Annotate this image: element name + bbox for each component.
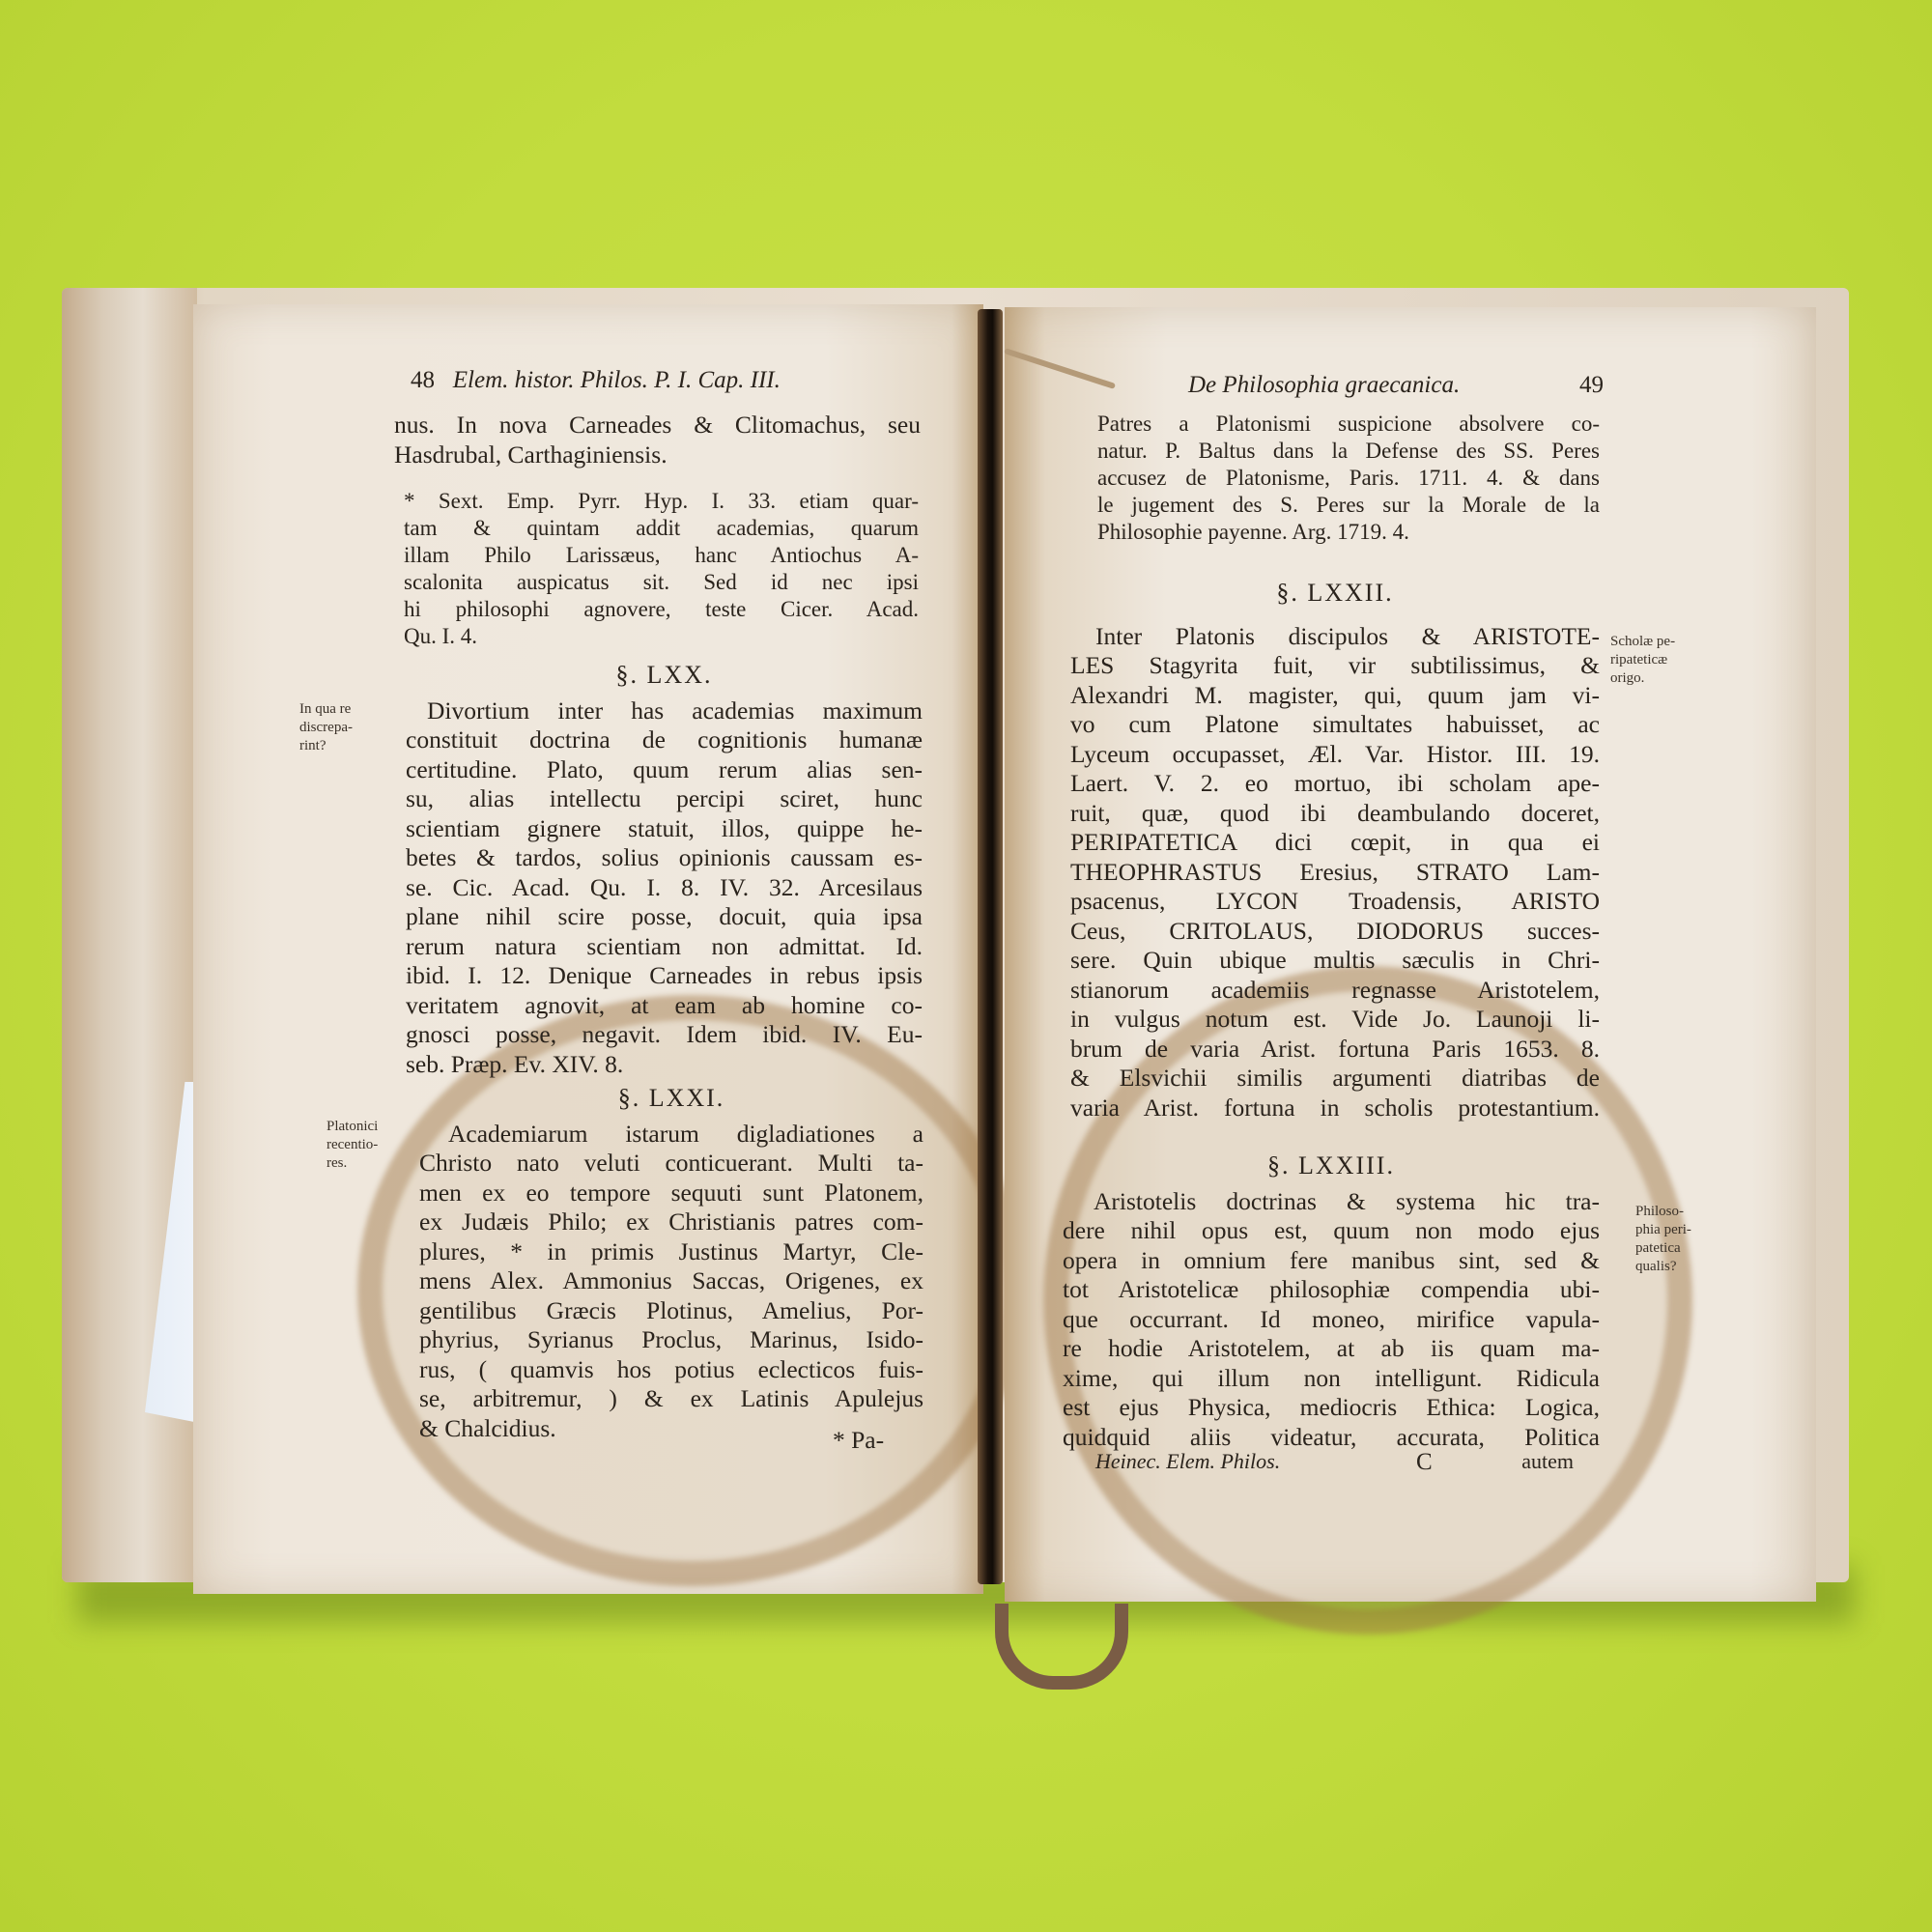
text-line: sere. Quin ubique multis sæculis in Chri…: [1070, 946, 1600, 976]
footnote-line: tam & quintam addit academias, quarum: [404, 515, 919, 542]
text-line: est ejus Physica, mediocris Ethica: Logi…: [1063, 1393, 1600, 1423]
text-line: Hasdrubal, Carthaginiensis.: [394, 440, 921, 470]
section-lxxi: §. LXXI. Academiarum istarum digladiatio…: [419, 1070, 923, 1443]
text-line: se. Cic. Acad. Qu. I. 8. IV. 32. Arcesil…: [406, 873, 923, 903]
text-line: se, arbitremur, ) & ex Latinis Apulejus: [419, 1384, 923, 1414]
section-heading: §. LXXIII.: [1063, 1151, 1600, 1181]
sidenote-lxxii: Scholæ pe- ripateticæ origo.: [1610, 633, 1675, 688]
page-number-48: 48: [411, 367, 435, 393]
text-line: ibid. I. 12. Denique Carneades in rebus …: [406, 961, 923, 991]
text-line: opera in omnium fere manibus sint, sed &: [1063, 1246, 1600, 1276]
text-line: mens Alex. Ammonius Saccas, Origenes, ex: [419, 1266, 923, 1296]
sidenote-lxx: In qua re discrepa- rint?: [299, 700, 353, 755]
text-line: scientiam gignere statuit, illos, quippe…: [406, 814, 923, 844]
footnote-line: scalonita auspicatus sit. Sed id nec ips…: [404, 569, 919, 596]
footnote-line: natur. P. Baltus dans la Defense des SS.…: [1097, 438, 1600, 465]
sidenote-line: phia peri-: [1635, 1222, 1691, 1237]
sidenote-line: rint?: [299, 738, 327, 753]
text-line: quidquid aliis videatur, accurata, Polit…: [1063, 1423, 1600, 1453]
text-line: Christo nato veluti conticuerant. Multi …: [419, 1149, 923, 1179]
section-lxxii: §. LXXII. Inter Platonis discipulos & AR…: [1070, 565, 1600, 1122]
ribbon-marker[interactable]: [995, 1604, 1128, 1690]
short-title: Heinec. Elem. Philos.: [1095, 1449, 1280, 1473]
running-title-right: De Philosophia graecanica.: [1188, 372, 1460, 398]
text-line: Inter Platonis discipulos & ARISTOTE-: [1070, 622, 1600, 652]
text-line: rerum natura scientiam non admittat. Id.: [406, 932, 923, 962]
footnote-line: Philosophie payenne. Arg. 1719. 4.: [1097, 519, 1600, 546]
footnote-line: Patres a Platonismi suspicione absolvere…: [1097, 411, 1600, 438]
section-heading: §. LXXII.: [1070, 579, 1600, 609]
text-line: rus, ( quamvis hos potius eclecticos fui…: [419, 1355, 923, 1385]
sidenote-line: recentio-: [327, 1137, 378, 1152]
footnote-line: le jugement des S. Peres sur la Morale d…: [1097, 492, 1600, 519]
text-line: Academiarum istarum digladiationes a: [419, 1120, 923, 1150]
text-line: PERIPATETICA dici cœpit, in qua ei: [1070, 828, 1600, 858]
text-line: veritatem agnovit, at eam ab homine co-: [406, 991, 923, 1021]
footnote-line: * Sext. Emp. Pyrr. Hyp. I. 33. etiam qua…: [404, 488, 919, 515]
signature-mark: C: [1416, 1449, 1433, 1476]
text-line: & Elsvichii similis argumenti diatribas …: [1070, 1064, 1600, 1094]
left-footnote: * Sext. Emp. Pyrr. Hyp. I. 33. etiam qua…: [404, 488, 919, 650]
footnote-line: illam Philo Larissæus, hanc Antiochus A-: [404, 542, 919, 569]
text-line: dere nihil opus est, quum non modo ejus: [1063, 1216, 1600, 1246]
text-line: su, alias intellectu percipi sciret, hun…: [406, 784, 923, 814]
left-continuation: nus. In nova Carneades & Clitomachus, se…: [394, 411, 921, 469]
sidenote-line: Platonici: [327, 1119, 378, 1134]
sidenote-line: Scholæ pe-: [1610, 634, 1675, 649]
text-line: xime, qui illum non intelligunt. Ridicul…: [1063, 1364, 1600, 1394]
text-line: phyrius, Syrianus Proclus, Marinus, Isid…: [419, 1325, 923, 1355]
text-line: varia Arist. fortuna in scholis protesta…: [1070, 1094, 1600, 1123]
text-line: Aristotelis doctrinas & systema hic tra-: [1063, 1187, 1600, 1217]
text-line: men ex eo tempore sequuti sunt Platonem,: [419, 1179, 923, 1208]
text-line: tot Aristotelicæ philosophiæ compendia u…: [1063, 1275, 1600, 1305]
text-line: Ceus, CRITOLAUS, DIODORUS succes-: [1070, 917, 1600, 947]
sidenote-line: patetica: [1635, 1240, 1681, 1256]
footnote-line: accusez de Platonisme, Paris. 1711. 4. &…: [1097, 465, 1600, 492]
section-lxxiii: §. LXXIII. Aristotelis doctrinas & syste…: [1063, 1138, 1600, 1452]
sidenote-line: origo.: [1610, 670, 1644, 686]
text-line: brum de varia Arist. fortuna Paris 1653.…: [1070, 1035, 1600, 1065]
sidenote-line: Philoso-: [1635, 1204, 1684, 1219]
text-line: gentilibus Græcis Plotinus, Amelius, Por…: [419, 1296, 923, 1326]
catchword: autem: [1521, 1449, 1574, 1474]
section-lxx: §. LXX. Divortium inter has academias ma…: [406, 647, 923, 1079]
section-heading: §. LXX.: [406, 661, 923, 691]
text-line: Laert. V. 2. eo mortuo, ibi scholam ape-: [1070, 769, 1600, 799]
text-line: certitudine. Plato, quum rerum alias sen…: [406, 755, 923, 785]
text-line: re hodie Aristotelem, at ab iis quam ma-: [1063, 1334, 1600, 1364]
sidenote-line: qualis?: [1635, 1259, 1677, 1274]
text-line: plures, * in primis Justinus Martyr, Cle…: [419, 1237, 923, 1267]
sidenote-line: In qua re: [299, 701, 351, 717]
text-line: constituit doctrina de cognitionis human…: [406, 725, 923, 755]
text-line: Lyceum occupasset, Æl. Var. Histor. III.…: [1070, 740, 1600, 770]
right-footnote-continuation: Patres a Platonismi suspicione absolvere…: [1097, 411, 1600, 546]
sidenote-line: discrepa-: [299, 720, 353, 735]
right-running-head: De Philosophia graecanica. 49: [1188, 372, 1604, 399]
text-line: psacenus, LYCON Troadensis, ARISTO: [1070, 887, 1600, 917]
sidenote-line: res.: [327, 1155, 347, 1171]
text-line: LES Stagyrita fuit, vir subtilissimus, &: [1070, 651, 1600, 681]
text-line: que occurrant. Id moneo, mirifice vapula…: [1063, 1305, 1600, 1335]
signature-line: Heinec. Elem. Philos. C autem: [1095, 1449, 1574, 1474]
text-line: nus. In nova Carneades & Clitomachus, se…: [394, 411, 921, 440]
text-line: gnosci posse, negavit. Idem ibid. IV. Eu…: [406, 1020, 923, 1050]
catchword: * Pa-: [833, 1426, 884, 1456]
book-gutter: [978, 309, 1003, 1584]
text-line: ex Judæis Philo; ex Christianis patres c…: [419, 1207, 923, 1237]
text-line: in vulgus notum est. Vide Jo. Launoji li…: [1070, 1005, 1600, 1035]
footnote-line: hi philosophi agnovere, teste Cicer. Aca…: [404, 596, 919, 623]
footnote-line: Qu. I. 4.: [404, 623, 919, 650]
left-catchword: * Pa-: [833, 1426, 884, 1456]
text-line: Divortium inter has academias maximum: [406, 696, 923, 726]
page-number-49: 49: [1579, 372, 1604, 399]
text-line: vo cum Platone simultates habuisset, ac: [1070, 710, 1600, 740]
running-title-left: Elem. histor. Philos. P. I. Cap. III.: [453, 367, 781, 393]
text-line: THEOPHRASTUS Eresius, STRATO Lam-: [1070, 858, 1600, 888]
sidenote-line: ripateticæ: [1610, 652, 1667, 668]
text-line: Alexandri M. magister, qui, quum jam vi-: [1070, 681, 1600, 711]
left-running-head: 48 Elem. histor. Philos. P. I. Cap. III.: [411, 367, 781, 394]
text-line: stianorum academiis regnasse Aristotelem…: [1070, 976, 1600, 1006]
text-line: plane nihil scire posse, docuit, quia ip…: [406, 902, 923, 932]
sidenote-lxxiii: Philoso- phia peri- patetica qualis?: [1635, 1203, 1691, 1276]
text-line: betes & tardos, solius opinionis caussam…: [406, 843, 923, 873]
text-line: ruit, quæ, quod ibi deambulando doceret,: [1070, 799, 1600, 829]
section-heading: §. LXXI.: [419, 1084, 923, 1114]
sidenote-lxxi: Platonici recentio- res.: [327, 1118, 378, 1173]
